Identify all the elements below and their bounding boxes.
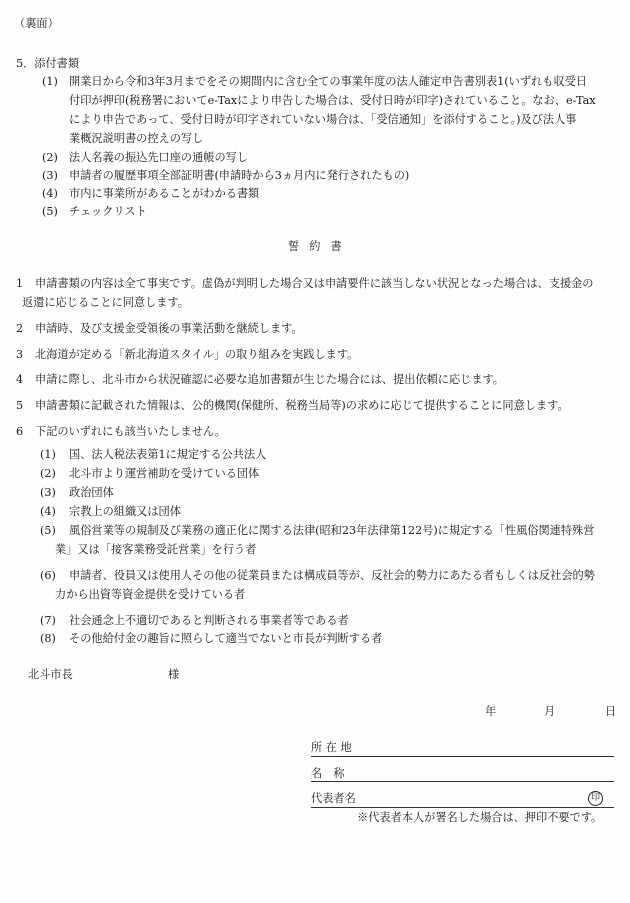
attachment-num: (2) bbox=[42, 151, 58, 165]
attachment-line: 開業日から令和3年3月までをその期間内に含む全ての事業年度の法人確定申告書別表1… bbox=[69, 75, 587, 89]
seal-icon: 印 bbox=[588, 791, 603, 806]
clause-line: 申請書類の内容は全て事実です。虚偽が判明した場合又は申請要件に該当しない状況とな… bbox=[35, 277, 593, 291]
exclusion-text: 宗教上の組織又は団体 bbox=[69, 505, 181, 519]
attachment-num: (1) bbox=[42, 75, 58, 89]
clause-text: 申請時、及び支援金受領後の事業活動を継続します。 bbox=[35, 322, 303, 336]
clause-num: 1 bbox=[16, 277, 23, 291]
exclusion-num: (6) bbox=[40, 569, 56, 583]
address-label: 所 在 地 bbox=[311, 741, 352, 755]
exclusion-text: 政治団体 bbox=[69, 486, 114, 500]
exclusion-line: 申請者、役員又は使用人その他の従業員または構成員等が、反社会的勢力にあたる者もし… bbox=[69, 569, 595, 583]
exclusion-num: (7) bbox=[40, 614, 56, 628]
exclusion-text: 社会通念上不適切であると判断される事業者等である者 bbox=[69, 614, 349, 628]
clause-text: 下記のいずれにも該当いたしません。 bbox=[35, 425, 226, 439]
date-month: 月 bbox=[544, 705, 555, 719]
exclusion-num: (8) bbox=[40, 632, 56, 646]
attachment-num: (3) bbox=[42, 169, 58, 183]
exclusion-line: 風俗営業等の規制及び業務の適正化に関する法律(昭和23年法律第122号)に規定す… bbox=[69, 524, 594, 538]
addressee-name: 北斗市長 bbox=[28, 668, 73, 682]
clause-num: 3 bbox=[16, 348, 23, 362]
clause-num: 6 bbox=[16, 425, 23, 439]
representative-label: 代表者名 bbox=[311, 792, 356, 806]
exclusion-line: 力から出資等資金提供を受けている者 bbox=[55, 588, 245, 602]
attachment-text: 申請者の履歴事項全部証明書(申請時から3ヵ月内に発行されたもの) bbox=[69, 169, 409, 183]
seal-note: ※代表者本人が署名した場合は、押印不要です。 bbox=[357, 811, 602, 825]
clause-num: 5 bbox=[16, 399, 23, 413]
exclusion-text: その他給付金の趣旨に照らして適当でないと市長が判断する者 bbox=[69, 632, 382, 646]
clause-text: 申請に際し、北斗市から状況確認に必要な追加書類が生じた場合には、提出依頼に応じま… bbox=[35, 373, 504, 387]
clause-text: 申請書類に記載された情報は、公的機関(保健所、税務当局等)の求めに応じて提供する… bbox=[35, 399, 569, 413]
exclusion-line: 業」又は「接客業務受託営業」を行う者 bbox=[55, 543, 256, 557]
attachment-line: 付印が押印(税務署においてe-Taxにより申告した場合は、受付日時が印字)されて… bbox=[69, 94, 596, 108]
side-label: （裏面） bbox=[14, 17, 59, 31]
date-day: 日 bbox=[605, 705, 616, 719]
representative-field[interactable] bbox=[311, 807, 614, 808]
attachment-num: (5) bbox=[42, 205, 58, 219]
clause-line: 返還に応じることに同意します。 bbox=[22, 296, 189, 310]
attachments-heading: 5．添付書類 bbox=[16, 57, 79, 71]
attachment-line: により申告であって、受付日時が印字されていない場合は、「受信通知」を添付すること… bbox=[69, 113, 576, 127]
clause-num: 2 bbox=[16, 322, 23, 336]
attachment-text: チェックリスト bbox=[69, 205, 147, 219]
exclusion-num: (2) bbox=[40, 467, 56, 481]
date-year: 年 bbox=[485, 705, 496, 719]
exclusion-num: (5) bbox=[40, 524, 56, 538]
pledge-title: 誓約書 bbox=[288, 240, 352, 254]
exclusion-text: 北斗市より運営補助を受けている団体 bbox=[69, 467, 259, 481]
company-name-label: 名 称 bbox=[311, 767, 345, 781]
attachment-num: (4) bbox=[42, 187, 58, 201]
exclusion-num: (3) bbox=[40, 486, 56, 500]
clause-num: 4 bbox=[16, 373, 23, 387]
exclusion-num: (4) bbox=[40, 505, 56, 519]
exclusion-text: 国、法人税法表第1に規定する公共法人 bbox=[69, 448, 266, 462]
attachment-text: 市内に事業所があることがわかる書類 bbox=[69, 187, 259, 201]
company-name-field[interactable] bbox=[311, 781, 614, 782]
clause-text: 北海道が定める「新北海道スタイル」の取り組みを実践します。 bbox=[35, 348, 358, 362]
attachment-text: 法人名義の振込先口座の通帳の写し bbox=[69, 151, 248, 165]
exclusion-num: (1) bbox=[40, 448, 56, 462]
attachment-line: 業概況説明書の控えの写し bbox=[69, 132, 203, 146]
address-field[interactable] bbox=[311, 756, 614, 757]
addressee-honorific: 様 bbox=[168, 668, 179, 682]
